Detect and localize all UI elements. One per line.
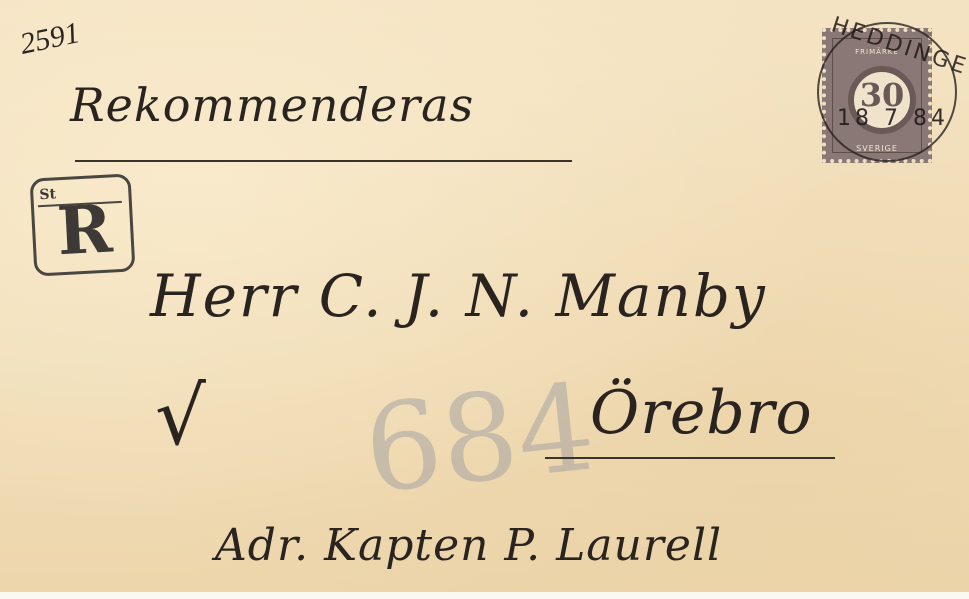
registration-label: St R [30, 173, 136, 276]
registration-label-top: St [39, 186, 56, 203]
pencil-annotation: 684 [358, 358, 600, 520]
addressee-name: Herr C. J. N. Manby [150, 262, 767, 330]
registration-underline [75, 160, 572, 162]
postmark-date: 18 7 84 [837, 106, 949, 131]
postmark-cancel: HEDDINGE 18 7 84 [817, 22, 957, 162]
city-underline [545, 457, 835, 459]
destination-city: Örebro [590, 378, 813, 448]
check-mark: √ [155, 370, 206, 463]
registration-letter: R [55, 190, 114, 271]
scan-bottom-margin [0, 592, 969, 599]
reference-number: 2591 [17, 16, 83, 62]
registration-instruction: Rekommenderas [70, 78, 474, 132]
envelope: 2591 Rekommenderas St R FRIMÄRKE 30 SVER… [0, 0, 969, 592]
postmark-town: HEDDINGE [828, 13, 959, 77]
care-of-address: Adr. Kapten P. Laurell [215, 520, 722, 571]
